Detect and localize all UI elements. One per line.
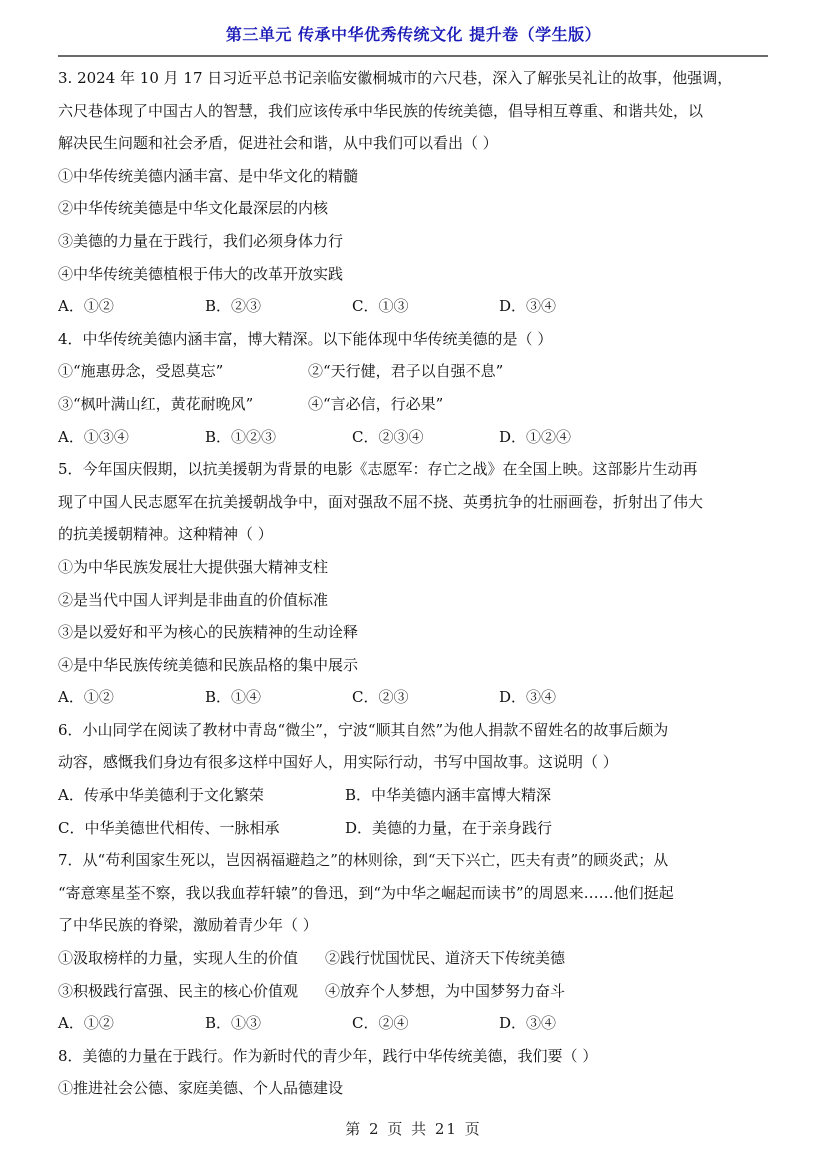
option-c: C．①③ — [352, 290, 499, 323]
statement: ②践行忧国忧民、道济天下传统美德 — [325, 942, 565, 975]
option-c: C．②④ — [352, 1007, 499, 1040]
statement: ①中华传统美德内涵丰富、是中华文化的精髓 — [58, 160, 770, 193]
question-5: 5．今年国庆假期，以抗美援朝为背景的电影《志愿军：存亡之战》在全国上映。这部影片… — [58, 453, 770, 714]
question-stem-line: 7．从“苟利国家生死以，岂因祸福避趋之”的林则徐，到“天下兴亡，匹夫有责”的顾炎… — [58, 844, 770, 877]
answer-options: A．①② B．①④ C．②③ D．③④ — [58, 681, 770, 714]
answer-options: A．①② B．②③ C．①③ D．③④ — [58, 290, 770, 323]
statement: ④中华传统美德植根于伟大的改革开放实践 — [58, 258, 770, 291]
question-stem-line: 的抗美援朝精神。这种精神（ ） — [58, 518, 770, 551]
option-d: D．美德的力量，在于亲身践行 — [345, 812, 552, 845]
answer-options: A．①③④ B．①②③ C．②③④ D．①②④ — [58, 421, 770, 454]
statement: ①汲取榜样的力量，实现人生的价值 — [58, 942, 325, 975]
option-d: D．③④ — [499, 1007, 556, 1040]
option-b: B．中华美德内涵丰富博大精深 — [345, 779, 551, 812]
statement: ①“施惠毋念，受恩莫忘” — [58, 355, 308, 388]
question-stem-line: 3. 2024 年 10 月 17 日习近平总书记亲临安徽桐城市的六尺巷，深入了… — [58, 62, 770, 95]
statement: ②“天行健，君子以自强不息” — [308, 355, 503, 388]
statement: ②是当代中国人评判是非曲直的价值标准 — [58, 584, 770, 617]
option-a: A．①② — [58, 290, 205, 323]
answer-options: A．①② B．①③ C．②④ D．③④ — [58, 1007, 770, 1040]
statement: ④是中华民族传统美德和民族品格的集中展示 — [58, 649, 770, 682]
header-divider — [58, 55, 768, 57]
option-c: C．②③ — [352, 681, 499, 714]
option-b: B．①④ — [205, 681, 352, 714]
question-stem-line: 六尺巷体现了中国古人的智慧，我们应该传承中华民族的传统美德，倡导相互尊重、和谐共… — [58, 95, 770, 128]
question-3: 3. 2024 年 10 月 17 日习近平总书记亲临安徽桐城市的六尺巷，深入了… — [58, 62, 770, 323]
option-d: D．③④ — [499, 290, 556, 323]
option-c: C．中华美德世代相传、一脉相承 — [58, 812, 345, 845]
question-stem-line: 8．美德的力量在于践行。作为新时代的青少年，践行中华传统美德，我们要（ ） — [58, 1040, 770, 1073]
question-stem-line: 解决民生问题和社会矛盾，促进社会和谐，从中我们可以看出（ ） — [58, 127, 770, 160]
page-content: 3. 2024 年 10 月 17 日习近平总书记亲临安徽桐城市的六尺巷，深入了… — [58, 62, 770, 1105]
question-stem-line: “寄意寒星荃不察，我以我血荐轩辕”的鲁迅，到“为中华之崛起而读书”的周恩来……他… — [58, 877, 770, 910]
option-d: D．③④ — [499, 681, 556, 714]
option-b: B．①③ — [205, 1007, 352, 1040]
statement: ①为中华民族发展壮大提供强大精神支柱 — [58, 551, 770, 584]
option-a: A．①③④ — [58, 421, 205, 454]
option-d: D．①②④ — [499, 421, 571, 454]
page-header-title: 第三单元 传承中华优秀传统文化 提升卷（学生版） — [0, 22, 827, 45]
statement-row: ①“施惠毋念，受恩莫忘” ②“天行健，君子以自强不息” — [58, 355, 770, 388]
statement: ②中华传统美德是中华文化最深层的内核 — [58, 192, 770, 225]
statement: ④放弃个人梦想，为中国梦努力奋斗 — [325, 975, 565, 1008]
statement: ③“枫叶满山红，黄花耐晚风” — [58, 388, 308, 421]
question-stem-line: 6．小山同学在阅读了教材中青岛“微尘”，宁波“顺其自然”为他人捐款不留姓名的故事… — [58, 714, 770, 747]
statement: ③美德的力量在于践行，我们必须身体力行 — [58, 225, 770, 258]
statement-row: ③积极践行富强、民主的核心价值观 ④放弃个人梦想，为中国梦努力奋斗 — [58, 975, 770, 1008]
question-stem-line: 现了中国人民志愿军在抗美援朝战争中，面对强敌不屈不挠、英勇抗争的壮丽画卷，折射出… — [58, 486, 770, 519]
statement: ①推进社会公德、家庭美德、个人品德建设 — [58, 1072, 770, 1105]
statement: ③是以爱好和平为核心的民族精神的生动诠释 — [58, 616, 770, 649]
statement-row: ③“枫叶满山红，黄花耐晚风” ④“言必信，行必果” — [58, 388, 770, 421]
question-stem-line: 5．今年国庆假期，以抗美援朝为背景的电影《志愿军：存亡之战》在全国上映。这部影片… — [58, 453, 770, 486]
option-b: B．①②③ — [205, 421, 352, 454]
answer-options-row: C．中华美德世代相传、一脉相承 D．美德的力量，在于亲身践行 — [58, 812, 770, 845]
question-stem-line: 动容，感慨我们身边有很多这样中国好人，用实际行动，书写中国故事。这说明（ ） — [58, 746, 770, 779]
statement-row: ①汲取榜样的力量，实现人生的价值 ②践行忧国忧民、道济天下传统美德 — [58, 942, 770, 975]
question-4: 4．中华传统美德内涵丰富，博大精深。以下能体现中华传统美德的是（ ） ①“施惠毋… — [58, 323, 770, 453]
question-7: 7．从“苟利国家生死以，岂因祸福避趋之”的林则徐，到“天下兴亡，匹夫有责”的顾炎… — [58, 844, 770, 1040]
option-b: B．②③ — [205, 290, 352, 323]
answer-options-row: A．传承中华美德利于文化繁荣 B．中华美德内涵丰富博大精深 — [58, 779, 770, 812]
option-a: A．传承中华美德利于文化繁荣 — [58, 779, 345, 812]
option-a: A．①② — [58, 681, 205, 714]
statement: ④“言必信，行必果” — [308, 388, 443, 421]
page-number: 第 2 页 共 21 页 — [0, 1118, 827, 1139]
question-stem-line: 4．中华传统美德内涵丰富，博大精深。以下能体现中华传统美德的是（ ） — [58, 323, 770, 356]
option-c: C．②③④ — [352, 421, 499, 454]
option-a: A．①② — [58, 1007, 205, 1040]
statement: ③积极践行富强、民主的核心价值观 — [58, 975, 325, 1008]
question-8: 8．美德的力量在于践行。作为新时代的青少年，践行中华传统美德，我们要（ ） ①推… — [58, 1040, 770, 1105]
question-6: 6．小山同学在阅读了教材中青岛“微尘”，宁波“顺其自然”为他人捐款不留姓名的故事… — [58, 714, 770, 844]
question-stem-line: 了中华民族的脊梁，激励着青少年（ ） — [58, 909, 770, 942]
